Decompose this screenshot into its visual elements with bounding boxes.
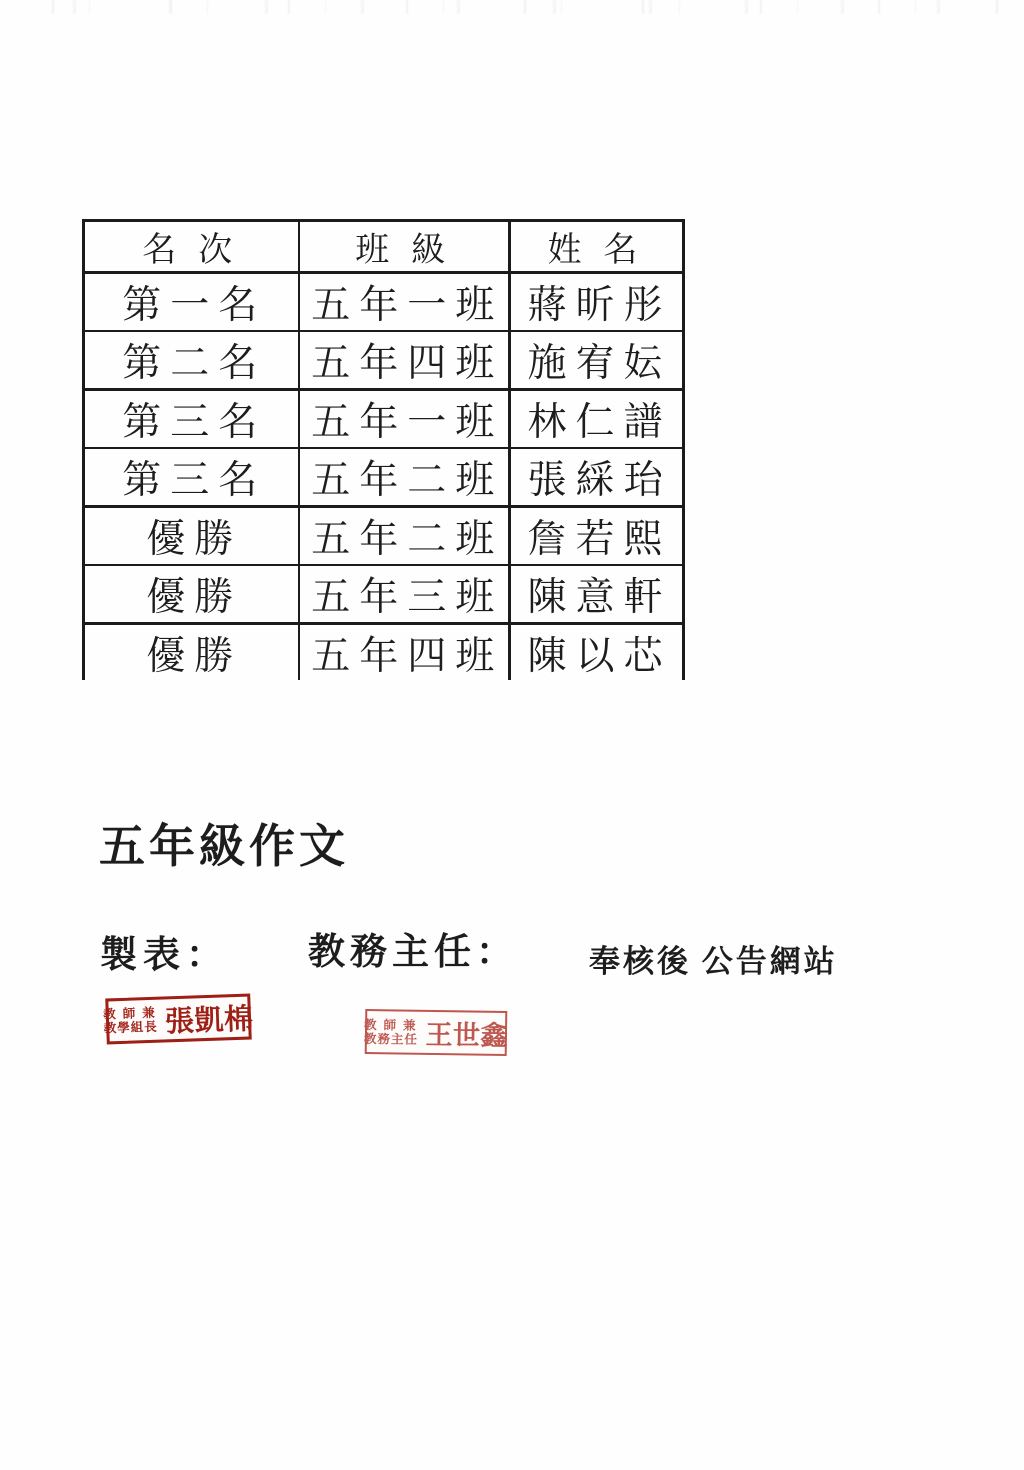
stamp-role-text: 教師兼 教學組長	[103, 1006, 162, 1036]
stamp-role-line1: 教師兼	[364, 1017, 423, 1032]
table-cell-rank: 優勝	[85, 625, 298, 681]
table-header-name: 姓名	[511, 222, 682, 271]
table-cell-name: 詹若熙	[511, 508, 682, 564]
table-cell-rank: 第三名	[85, 449, 298, 505]
table-cell-name: 施宥妘	[511, 332, 682, 388]
table-cell-name: 陳以芯	[511, 625, 682, 681]
stamp-teaching-affairs-group-leader: 教師兼 教學組長 張凱棉	[105, 993, 252, 1044]
table-cell-rank: 優勝	[85, 508, 298, 564]
table-cell-class: 五年一班	[300, 274, 508, 330]
stamp-role-line2: 教學組長	[104, 1020, 163, 1036]
table-cell-rank: 優勝	[85, 566, 298, 622]
table-cell-name: 張綵珆	[511, 449, 682, 505]
table-cell-name: 陳意軒	[511, 566, 682, 622]
table-cell-class: 五年二班	[300, 449, 508, 505]
academic-director-label: 教務主任：	[308, 921, 518, 975]
table-cell-name: 林仁譜	[511, 391, 682, 447]
table-cell-class: 五年一班	[300, 391, 508, 447]
table-header-rank: 名次	[85, 222, 298, 271]
stamp-role-line2: 教務主任	[364, 1031, 423, 1046]
table-cell-name: 蔣昕彤	[511, 274, 682, 330]
document-title: 五年級作文	[99, 810, 349, 876]
stamp-academic-affairs-director: 教師兼 教務主任 王世鑫	[365, 1009, 508, 1056]
table-cell-rank: 第三名	[85, 391, 298, 447]
scanned-document-page: 名次 班級 姓名 第一名 五年一班 蔣昕彤 第二名 五年四班 施宥妘 第三名 五…	[0, 0, 1024, 1470]
table-cell-rank: 第二名	[85, 332, 298, 388]
table-cell-class: 五年三班	[300, 566, 508, 622]
stamp-signature-name: 王世鑫	[425, 1013, 508, 1053]
stamp-signature-name: 張凱棉	[164, 996, 254, 1040]
prepared-by-label: 製表：	[100, 924, 229, 978]
table-header-class: 班級	[300, 222, 508, 271]
table-cell-rank: 第一名	[85, 274, 298, 330]
table-cell-class: 五年四班	[300, 625, 508, 681]
results-table: 名次 班級 姓名 第一名 五年一班 蔣昕彤 第二名 五年四班 施宥妘 第三名 五…	[82, 219, 685, 680]
stamp-role-text: 教師兼 教務主任	[364, 1017, 423, 1046]
scan-artifact-top	[18, 0, 1006, 14]
approval-note: 奉核後 公告網站	[589, 936, 838, 981]
table-cell-class: 五年二班	[300, 508, 508, 564]
table-cell-class: 五年四班	[300, 332, 508, 388]
